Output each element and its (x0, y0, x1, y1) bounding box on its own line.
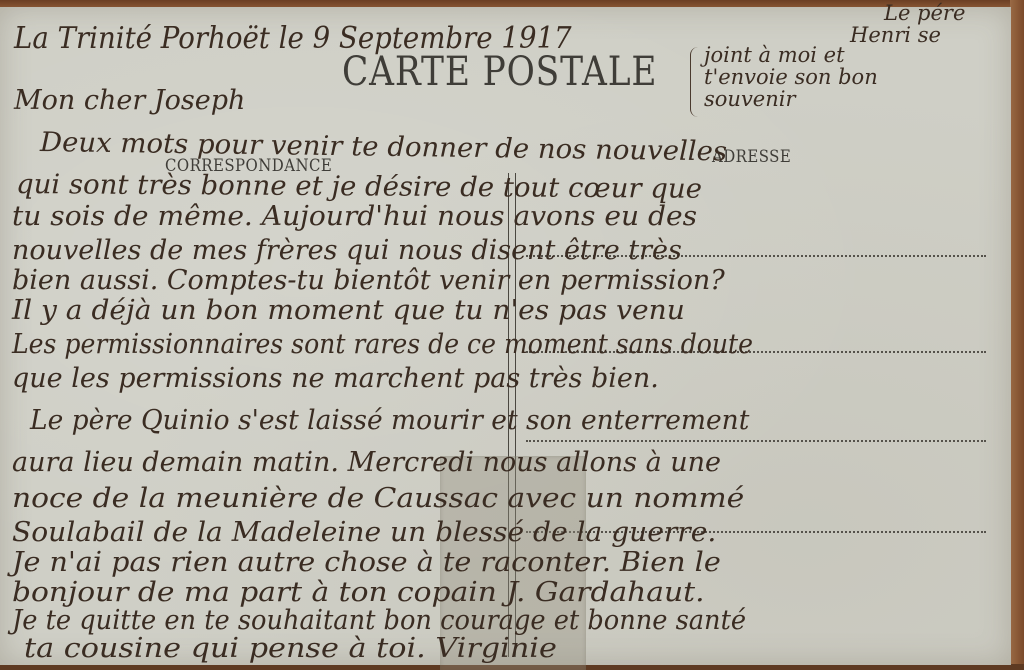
postcard-back: CARTE POSTALE CORRESPONDANCE ADRESSE La … (0, 7, 1011, 665)
letter-line: Soulabail de la Madeleine un blessé de l… (12, 517, 716, 548)
letter-line: aura lieu demain matin. Mercredi nous al… (12, 447, 721, 478)
margin-note-line: Henri se (850, 23, 941, 47)
letter-line: Les permissionnaires sont rares de ce mo… (12, 329, 753, 360)
margin-note-line: souvenir (704, 87, 796, 111)
letter-line: nouvelles de mes frères qui nous disent … (12, 235, 682, 266)
letter-line: que les permissions ne marchent pas très… (12, 363, 659, 394)
letter-line: Je n'ai pas rien autre chose à te racont… (12, 547, 721, 578)
letter-line: bien aussi. Comptes-tu bientôt venir en … (12, 265, 725, 296)
dateline: La Trinité Porhoët le 9 Septembre 1917 (14, 21, 572, 56)
margin-note-line: Le pére (884, 1, 965, 25)
margin-note-line: joint à moi et (704, 43, 845, 67)
letter-line: Il y a déjà un bon moment que tu n'es pa… (12, 295, 685, 326)
wooden-table-edge-right (1010, 0, 1024, 670)
letter-line: tu sois de même. Aujourd'hui nous avons … (12, 201, 697, 232)
letter-line-signature: ta cousine qui pense à toi. Virginie (24, 633, 557, 664)
letter-line: bonjour de ma part à ton copain J. Garda… (12, 577, 705, 608)
letter-line: Mon cher Joseph (14, 85, 245, 116)
letter-line: Le père Quinio s'est laissé mourir et so… (30, 405, 749, 436)
margin-note-bracket (690, 47, 701, 117)
margin-note-line: t'envoie son bon (704, 65, 878, 89)
letter-line: Je te quitte en te souhaitant bon courag… (12, 605, 746, 636)
letter-line: noce de la meunière de Caussac avec un n… (12, 483, 744, 514)
letter-line: qui sont très bonne et je désire de tout… (16, 169, 702, 205)
letter-line: Deux mots pour venir te donner de nos no… (40, 127, 727, 167)
address-line-3 (526, 440, 986, 442)
